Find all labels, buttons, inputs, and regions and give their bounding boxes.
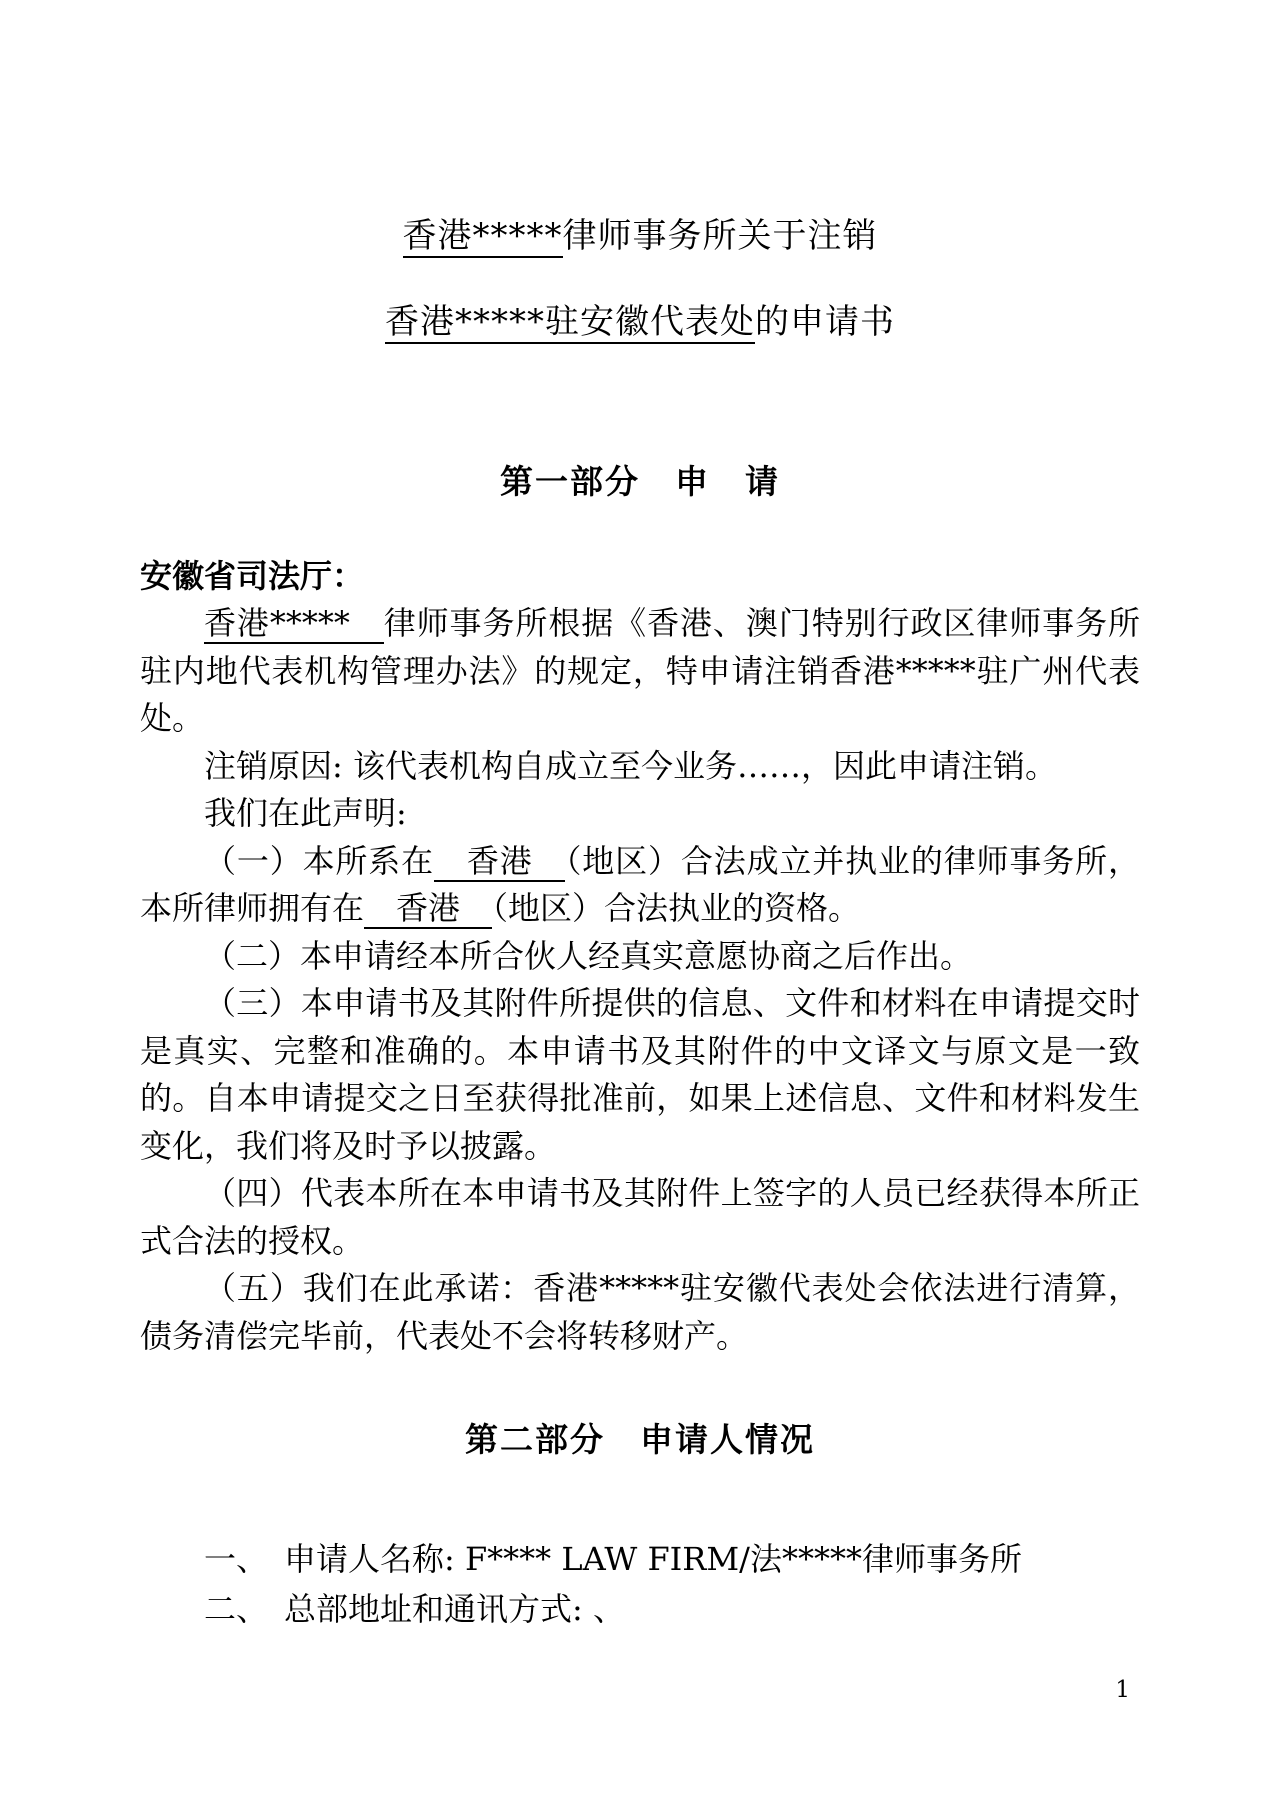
text-run: 注销原因: 该代表机构自成立至今业务……，因此申请注销。 <box>204 747 1057 785</box>
paragraph-application: 香港***** 律师事务所根据《香港、澳门特别行政区律师事务所驻内地代表机构管理… <box>140 600 1140 743</box>
salutation: 安徽省司法厅： <box>140 552 1140 600</box>
text-run: 律师事务所关于注销 <box>563 216 878 256</box>
text-run: 我们在此声明: <box>204 794 407 832</box>
text-run: （四）代表本所在本申请书及其附件上签字的人员已经获得本所正式合法的授权。 <box>140 1174 1140 1260</box>
underlined-text-run: 香港***** <box>403 216 563 258</box>
paragraph-declaration-2: （二）本申请经本所合伙人经真实意愿协商之后作出。 <box>140 933 1140 981</box>
applicant-info-list: 一、 申请人名称: F**** LAW FIRM/法*****律师事务所 二、 … <box>140 1534 1140 1634</box>
paragraph-declaration-5: （五）我们在此承诺：香港*****驻安徽代表处会依法进行清算，债务清偿完毕前，代… <box>140 1265 1140 1360</box>
document-page: 香港*****律师事务所关于注销 香港*****驻安徽代表处的申请书 第一部分 … <box>0 0 1280 1810</box>
underlined-text-run: 香港 <box>434 842 565 882</box>
paragraph-cancellation-reason: 注销原因: 该代表机构自成立至今业务……，因此申请注销。 <box>140 743 1140 791</box>
paragraph-declaration-1: （一）本所系在 香港 （地区）合法成立并执业的律师事务所，本所律师拥有在 香港 … <box>140 838 1140 933</box>
text-run: （地区）合法执业的资格。 <box>492 889 860 927</box>
text-run: （五）我们在此承诺：香港*****驻安徽代表处会依法进行清算，债务清偿完毕前，代… <box>140 1269 1140 1355</box>
text-run: 的申请书 <box>755 302 895 342</box>
page-number: 1 <box>1115 1676 1130 1704</box>
underlined-text-run: 香港*****驻安徽代表处 <box>385 302 755 344</box>
document-title-line2: 香港*****驻安徽代表处的申请书 <box>140 300 1140 344</box>
text-run: （一）本所系在 <box>204 842 434 880</box>
paragraph-declaration-4: （四）代表本所在本申请书及其附件上签字的人员已经获得本所正式合法的授权。 <box>140 1170 1140 1265</box>
underlined-text-run: 香港 <box>364 889 492 929</box>
paragraph-declaration-intro: 我们在此声明: <box>140 790 1140 838</box>
paragraph-declaration-3: （三）本申请书及其附件所提供的信息、文件和材料在申请提交时是真实、完整和准确的。… <box>140 980 1140 1170</box>
underlined-text-run: 香港***** <box>204 604 384 644</box>
text-run: （三）本申请书及其附件所提供的信息、文件和材料在申请提交时是真实、完整和准确的。… <box>140 984 1140 1165</box>
part2-heading: 第二部分 申请人情况 <box>140 1420 1140 1460</box>
applicant-address-item: 二、 总部地址和通讯方式: 、 <box>140 1584 1140 1634</box>
part1-heading: 第一部分 申 请 <box>140 462 1140 502</box>
applicant-name-item: 一、 申请人名称: F**** LAW FIRM/法*****律师事务所 <box>140 1534 1140 1584</box>
document-title-line1: 香港*****律师事务所关于注销 <box>140 214 1140 258</box>
text-run: （二）本申请经本所合伙人经真实意愿协商之后作出。 <box>204 937 972 975</box>
